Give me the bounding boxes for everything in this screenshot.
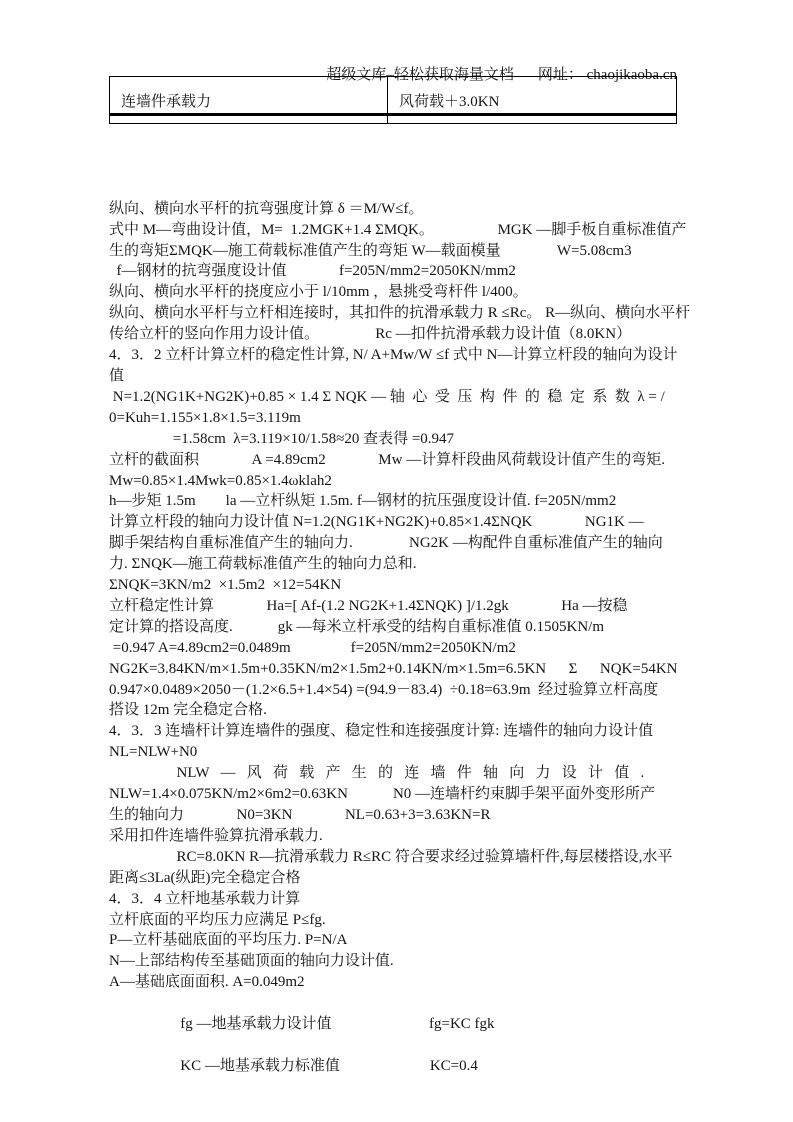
text-line: fg —地基承载力设计值 fg=KC fgk bbox=[109, 1014, 695, 1035]
text-line: 脚手架结构自重标准值产生的轴向力. NG2K —构配件自重标准值产生的轴向 bbox=[109, 533, 695, 554]
text-line: 纵向、横向水平杆的抗弯强度计算 δ ＝M/W≤f。 bbox=[109, 199, 695, 220]
load-capacity-table: 连墙件承载力 风荷载＋3.0KN bbox=[109, 76, 677, 124]
text-line: 4．3．4 立杆地基承载力计算 bbox=[109, 889, 695, 910]
text-line: N=1.2(NG1K+NG2K)+0.85 × 1.4 Σ NQK — 轴 心 … bbox=[109, 387, 695, 408]
text-line: 立杆稳定性计算 Ha=[ Af-(1.2 NG2K+1.4ΣNQK) ]/1.2… bbox=[109, 596, 695, 617]
text-line: 值 bbox=[109, 366, 695, 387]
document-body: 纵向、横向水平杆的抗弯强度计算 δ ＝M/W≤f。式中 M—弯曲设计值，M= 1… bbox=[109, 136, 695, 1077]
text-line: P—立杆基础底面的平均压力. P=N/A bbox=[109, 930, 695, 951]
text-line bbox=[109, 1035, 695, 1056]
text-line: 式中 M—弯曲设计值，M= 1.2MGK+1.4 ΣMQK。 MGK —脚手板自… bbox=[109, 220, 695, 241]
text-line: 纵向、横向水平杆与立杆相连接时，其扣件的抗滑承载力 R ≤Rc。 R—纵向、横向… bbox=[109, 303, 695, 324]
text-line: 生的弯矩ΣMQK—施工荷载标准值产生的弯矩 W—载面模量 W=5.08cm3 bbox=[109, 241, 695, 262]
text-line: f—钢材的抗弯强度设计值 f=205N/mm2=2050KN/mm2 bbox=[109, 261, 695, 282]
text-line: 距离≤3La(纵距)完全稳定合格 bbox=[109, 868, 695, 889]
table-cell-value: 风荷载＋3.0KN bbox=[388, 77, 677, 124]
text-line: 采用扣件连墙件验算抗滑承载力. bbox=[109, 826, 695, 847]
text-line: NL=NLW+N0 bbox=[109, 742, 695, 763]
text-line: Mw=0.85×1.4Mwk=0.85×1.4ωklah2 bbox=[109, 471, 695, 492]
text-line: NLW=1.4×0.075KN/m2×6m2=0.63KN N0 —连墙杆约束脚… bbox=[109, 784, 695, 805]
text-line: 纵向、横向水平杆的挠度应小于 l/10mm ，悬挑受弯杆件 l/400。 bbox=[109, 282, 695, 303]
text-line: =0.947 A=4.89cm2=0.0489m f=205N/mm2=2050… bbox=[109, 638, 695, 659]
text-line: N—上部结构传至基础顶面的轴向力设计值. bbox=[109, 951, 695, 972]
text-line: 4．3．2 立杆计算立杆的稳定性计算, N/ A+Mw/W ≤f 式中 N—计算… bbox=[109, 345, 695, 366]
text-line: ΣNQK=3KN/m2 ×1.5m2 ×12=54KN bbox=[109, 575, 695, 596]
table-row: 连墙件承载力 风荷载＋3.0KN bbox=[110, 77, 677, 124]
text-line: 传给立杆的竖向作用力设计值。 Rc —扣件抗滑承载力设计值（8.0KN） bbox=[109, 324, 695, 345]
text-line: h—步矩 1.5m la —立杆纵矩 1.5m. f—钢材的抗压强度设计值. f… bbox=[109, 491, 695, 512]
text-line: NLW — 风 荷 载 产 生 的 连 墙 件 轴 向 力 设 计 值 . bbox=[109, 763, 695, 784]
text-line: 0=Kuh=1.155×1.8×1.5=3.119m bbox=[109, 408, 695, 429]
text-line: 力. ΣNQK—施工荷载标准值产生的轴向力总和. bbox=[109, 554, 695, 575]
text-line: 定计算的搭设高度. gk —每米立杆承受的结构自重标准值 0.1505KN/m bbox=[109, 617, 695, 638]
text-line: =1.58cm λ=3.119×10/1.58≈20 查表得 =0.947 bbox=[109, 429, 695, 450]
text-line: 立杆的截面积 A =4.89cm2 Mw —计算杆段曲风荷载设计值产生的弯矩. bbox=[109, 450, 695, 471]
table-cell-label: 连墙件承载力 bbox=[110, 77, 388, 124]
text-line: 搭设 12m 完全稳定合格. bbox=[109, 700, 695, 721]
text-line: NG2K=3.84KN/m×1.5m+0.35KN/m2×1.5m2+0.14K… bbox=[109, 659, 695, 680]
text-line: RC=8.0KN R—抗滑承载力 R≤RC 符合要求经过验算墙杆件,每层楼搭设,… bbox=[109, 847, 695, 868]
text-line bbox=[109, 993, 695, 1014]
text-line: 生的轴向力 N0=3KN NL=0.63+3=3.63KN=R bbox=[109, 805, 695, 826]
text-line: KC —地基承载力标准值 KC=0.4 bbox=[109, 1056, 695, 1077]
text-line: 4．3．3 连墙杆计算连墙件的强度、稳定性和连接强度计算: 连墙件的轴向力设计值 bbox=[109, 721, 695, 742]
document-page: 超级文库–轻松获取海量文档网址： chaojikaoba.cn 连墙件承载力 风… bbox=[0, 0, 793, 1122]
text-line: A—基础底面面积. A=0.049m2 bbox=[109, 972, 695, 993]
text-line: 立杆底面的平均压力应满足 P≤fg. bbox=[109, 910, 695, 931]
text-line: 0.947×0.0489×2050－(1.2×6.5+1.4×54) =(94.… bbox=[109, 680, 695, 701]
text-line: 计算立杆段的轴向力设计值 N=1.2(NG1K+NG2K)+0.85×1.4ΣN… bbox=[109, 512, 695, 533]
